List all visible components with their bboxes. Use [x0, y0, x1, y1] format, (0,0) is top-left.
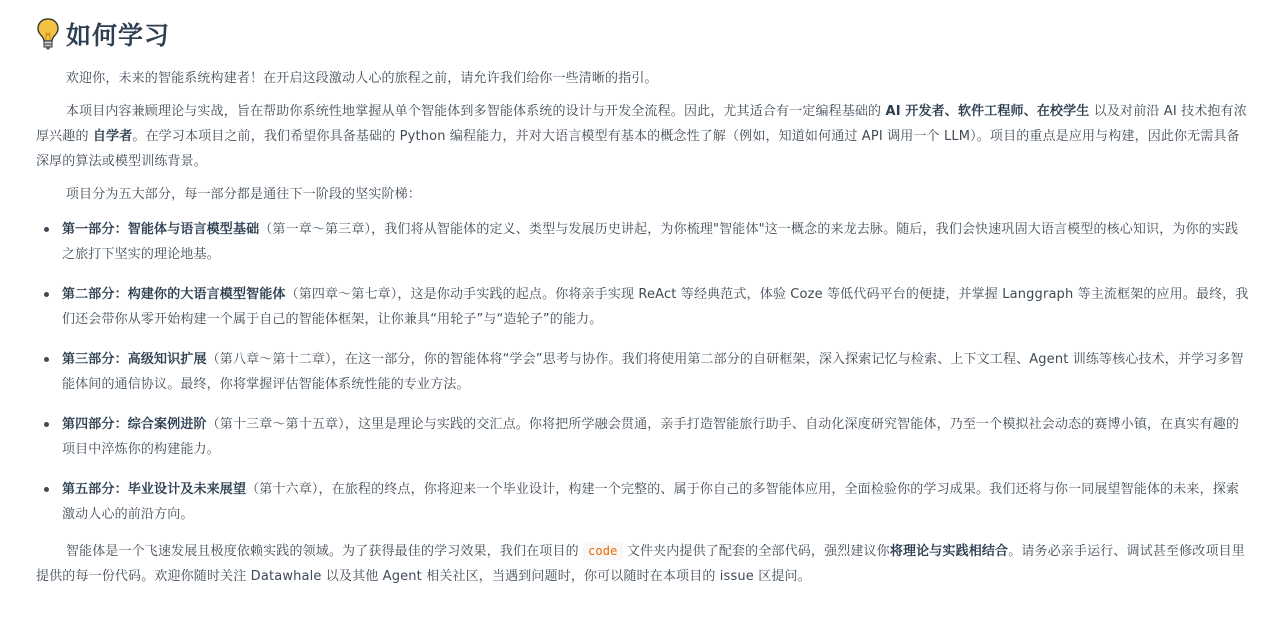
bullet-icon: [44, 292, 49, 297]
part-title: 第四部分：综合案例进阶: [62, 417, 207, 432]
code-folder-inline: code: [583, 542, 623, 560]
bullet-icon: [44, 422, 49, 427]
part-chapters: （第八章～第十二章）: [207, 352, 332, 367]
audience-highlight-roles: AI 开发者、软件工程师、在校学生: [885, 104, 1089, 119]
closing-text-2: 文件夹内提供了配套的全部代码，强烈建议你: [623, 544, 890, 559]
part-title: 第三部分：高级知识扩展: [62, 352, 207, 367]
audience-paragraph: 本项目内容兼顾理论与实战，旨在帮助你系统性地掌握从单个智能体到多智能体系统的设计…: [36, 99, 1250, 174]
part-chapters: （第四章～第七章）: [286, 287, 398, 302]
list-item-part-5: 第五部分：毕业设计及未来展望（第十六章），在旅程的终点，你将迎来一个毕业设计，构…: [36, 477, 1250, 527]
part-title: 第一部分：智能体与语言模型基础: [62, 222, 259, 237]
audience-highlight-selflearner: 自学者: [93, 129, 132, 144]
part-chapters: （第十三章～第十五章）: [207, 417, 345, 432]
bullet-icon: [44, 357, 49, 362]
document-page: 如何学习 欢迎你，未来的智能系统构建者！在开启这段激动人心的旅程之前，请允许我们…: [0, 0, 1280, 589]
section-heading: 如何学习: [36, 14, 1250, 54]
list-item-part-4: 第四部分：综合案例进阶（第十三章～第十五章），这里是理论与实践的交汇点。你将把所…: [36, 412, 1250, 462]
closing-text-1: 智能体是一个飞速发展且极度依赖实践的领域。为了获得最佳的学习效果，我们在项目的: [66, 544, 583, 559]
audience-text-3: 。在学习本项目之前，我们希望你具备基础的 Python 编程能力，并对大语言模型…: [36, 129, 1240, 169]
closing-highlight: 将理论与实践相结合: [890, 544, 1008, 559]
closing-paragraph: 智能体是一个飞速发展且极度依赖实践的领域。为了获得最佳的学习效果，我们在项目的 …: [36, 539, 1250, 589]
part-title: 第五部分：毕业设计及未来展望: [62, 482, 246, 497]
list-item-part-3: 第三部分：高级知识扩展（第八章～第十二章），在这一部分，你的智能体将“学会”思考…: [36, 347, 1250, 397]
bullet-icon: [44, 487, 49, 492]
part-chapters: （第一章～第三章）: [259, 222, 371, 237]
welcome-paragraph: 欢迎你，未来的智能系统构建者！在开启这段激动人心的旅程之前，请允许我们给你一些清…: [36, 66, 1250, 91]
part-chapters: （第十六章）: [246, 482, 318, 497]
part-title: 第二部分：构建你的大语言模型智能体: [62, 287, 286, 302]
lightbulb-icon: [36, 17, 60, 51]
audience-text-1: 本项目内容兼顾理论与实战，旨在帮助你系统性地掌握从单个智能体到多智能体系统的设计…: [66, 104, 886, 119]
parts-list: 第一部分：智能体与语言模型基础（第一章～第三章），我们将从智能体的定义、类型与发…: [36, 217, 1250, 527]
bullet-icon: [44, 227, 49, 232]
section-title: 如何学习: [66, 16, 170, 52]
list-item-part-1: 第一部分：智能体与语言模型基础（第一章～第三章），我们将从智能体的定义、类型与发…: [36, 217, 1250, 267]
structure-paragraph: 项目分为五大部分，每一部分都是通往下一阶段的坚实阶梯：: [36, 182, 1250, 207]
list-item-part-2: 第二部分：构建你的大语言模型智能体（第四章～第七章），这是你动手实践的起点。你将…: [36, 282, 1250, 332]
